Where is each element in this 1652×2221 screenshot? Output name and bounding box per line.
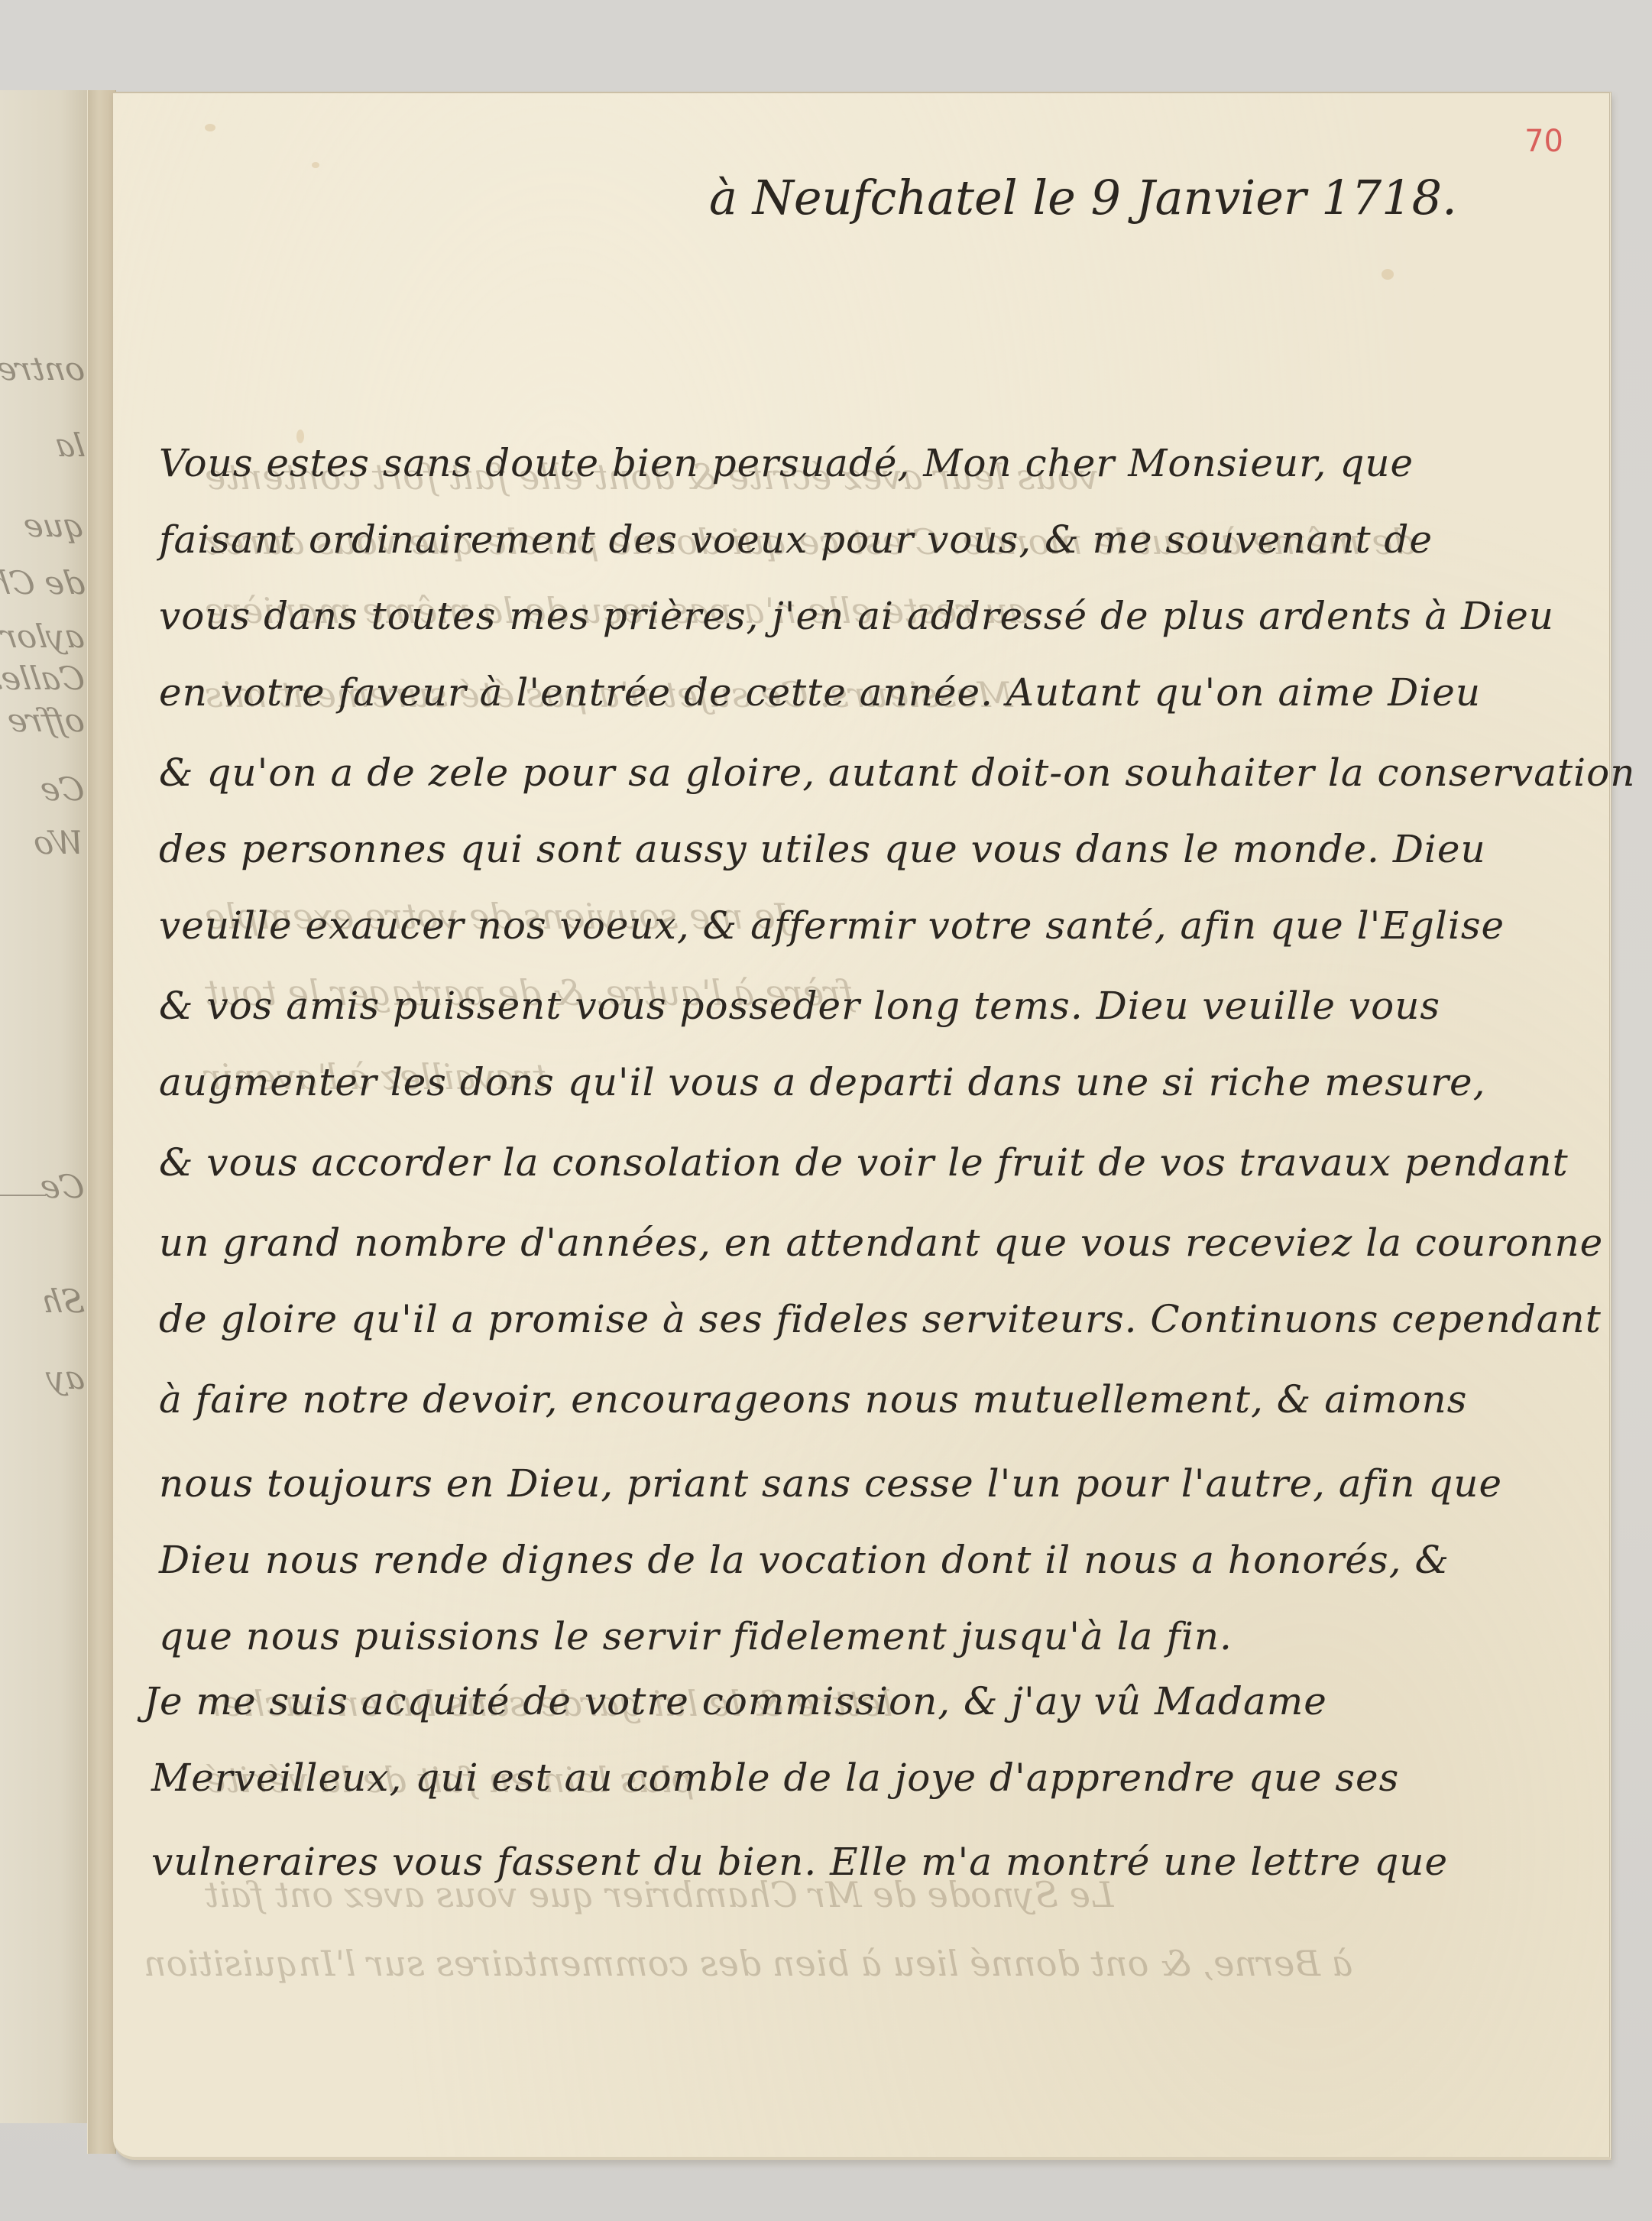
prev-page-text: offre: [5, 702, 87, 739]
foxing-spot: [205, 124, 215, 131]
prev-page-text: que: [21, 507, 87, 544]
folio-number: 70: [1524, 124, 1563, 159]
foxing-spot: [1382, 269, 1394, 280]
letter-line: Je me suis acquité de votre commission, …: [144, 1679, 1327, 1723]
prev-page-rule: [0, 1195, 46, 1196]
letter-line: à faire notre devoir, encourageons nous …: [159, 1377, 1467, 1422]
prev-page-text: Ce: [38, 1168, 87, 1205]
prev-page-text: ay: [44, 1359, 87, 1396]
letter-line: vous dans toutes mes prières, j'en ai ad…: [159, 594, 1554, 638]
prev-page-text: Sh: [39, 1282, 87, 1320]
prev-page-text: aylor: [0, 618, 86, 655]
letter-line: Vous estes sans doute bien persuadé, Mon…: [159, 441, 1414, 485]
letter-line: faisant ordinairement des voeux pour vou…: [159, 517, 1433, 562]
letter-line: en votre faveur à l'entrée de cette anné…: [159, 670, 1481, 715]
prev-page-text: Calles: [0, 660, 86, 697]
letter-line: & vos amis puissent vous posseder long t…: [159, 984, 1440, 1028]
letter-dateline: à Neufchatel le 9 Janvier 1718.: [709, 170, 1457, 225]
bleed-through-text: à Berne, & ont donné lieu à bien des com…: [144, 1943, 1352, 1984]
letter-line: veuille exaucer nos voeux, & affermir vo…: [159, 903, 1505, 948]
letter-line: augmenter les dons qu'il vous a departi …: [159, 1060, 1485, 1104]
letter-line: un grand nombre d'années, en attendant q…: [159, 1221, 1603, 1265]
manuscript-page: 70 à Neufchatel le 9 Janvier 1718. vous …: [113, 92, 1612, 2160]
prev-page-text: de Ch: [0, 564, 86, 601]
prev-page-text: la: [52, 426, 86, 464]
prev-page-text: Wo: [31, 824, 86, 861]
letter-line: Dieu nous rende dignes de la vocation do…: [159, 1538, 1450, 1582]
prev-page-text: ontre: [0, 350, 86, 387]
letter-line: nous toujours en Dieu, priant sans cesse…: [159, 1461, 1502, 1506]
previous-page-fragment: ontre la que de Ch aylor Calles offre Ce…: [0, 90, 88, 2123]
book-gutter: [87, 90, 116, 2154]
letter-line: & qu'on a de zele pour sa gloire, autant…: [159, 751, 1635, 795]
letter-line: & vous accorder la consolation de voir l…: [159, 1140, 1569, 1185]
letter-line: que nous puissions le servir fidelement …: [159, 1614, 1233, 1658]
prev-page-text: Ce: [38, 770, 87, 808]
letter-line: de gloire qu'il a promise à ses fideles …: [159, 1297, 1602, 1341]
foxing-spot: [312, 162, 319, 168]
letter-line: Merveilleux, qui est au comble de la joy…: [151, 1756, 1399, 1800]
letter-line: des personnes qui sont aussy utiles que …: [159, 827, 1486, 871]
letter-line: vulneraires vous fassent du bien. Elle m…: [151, 1840, 1448, 1884]
